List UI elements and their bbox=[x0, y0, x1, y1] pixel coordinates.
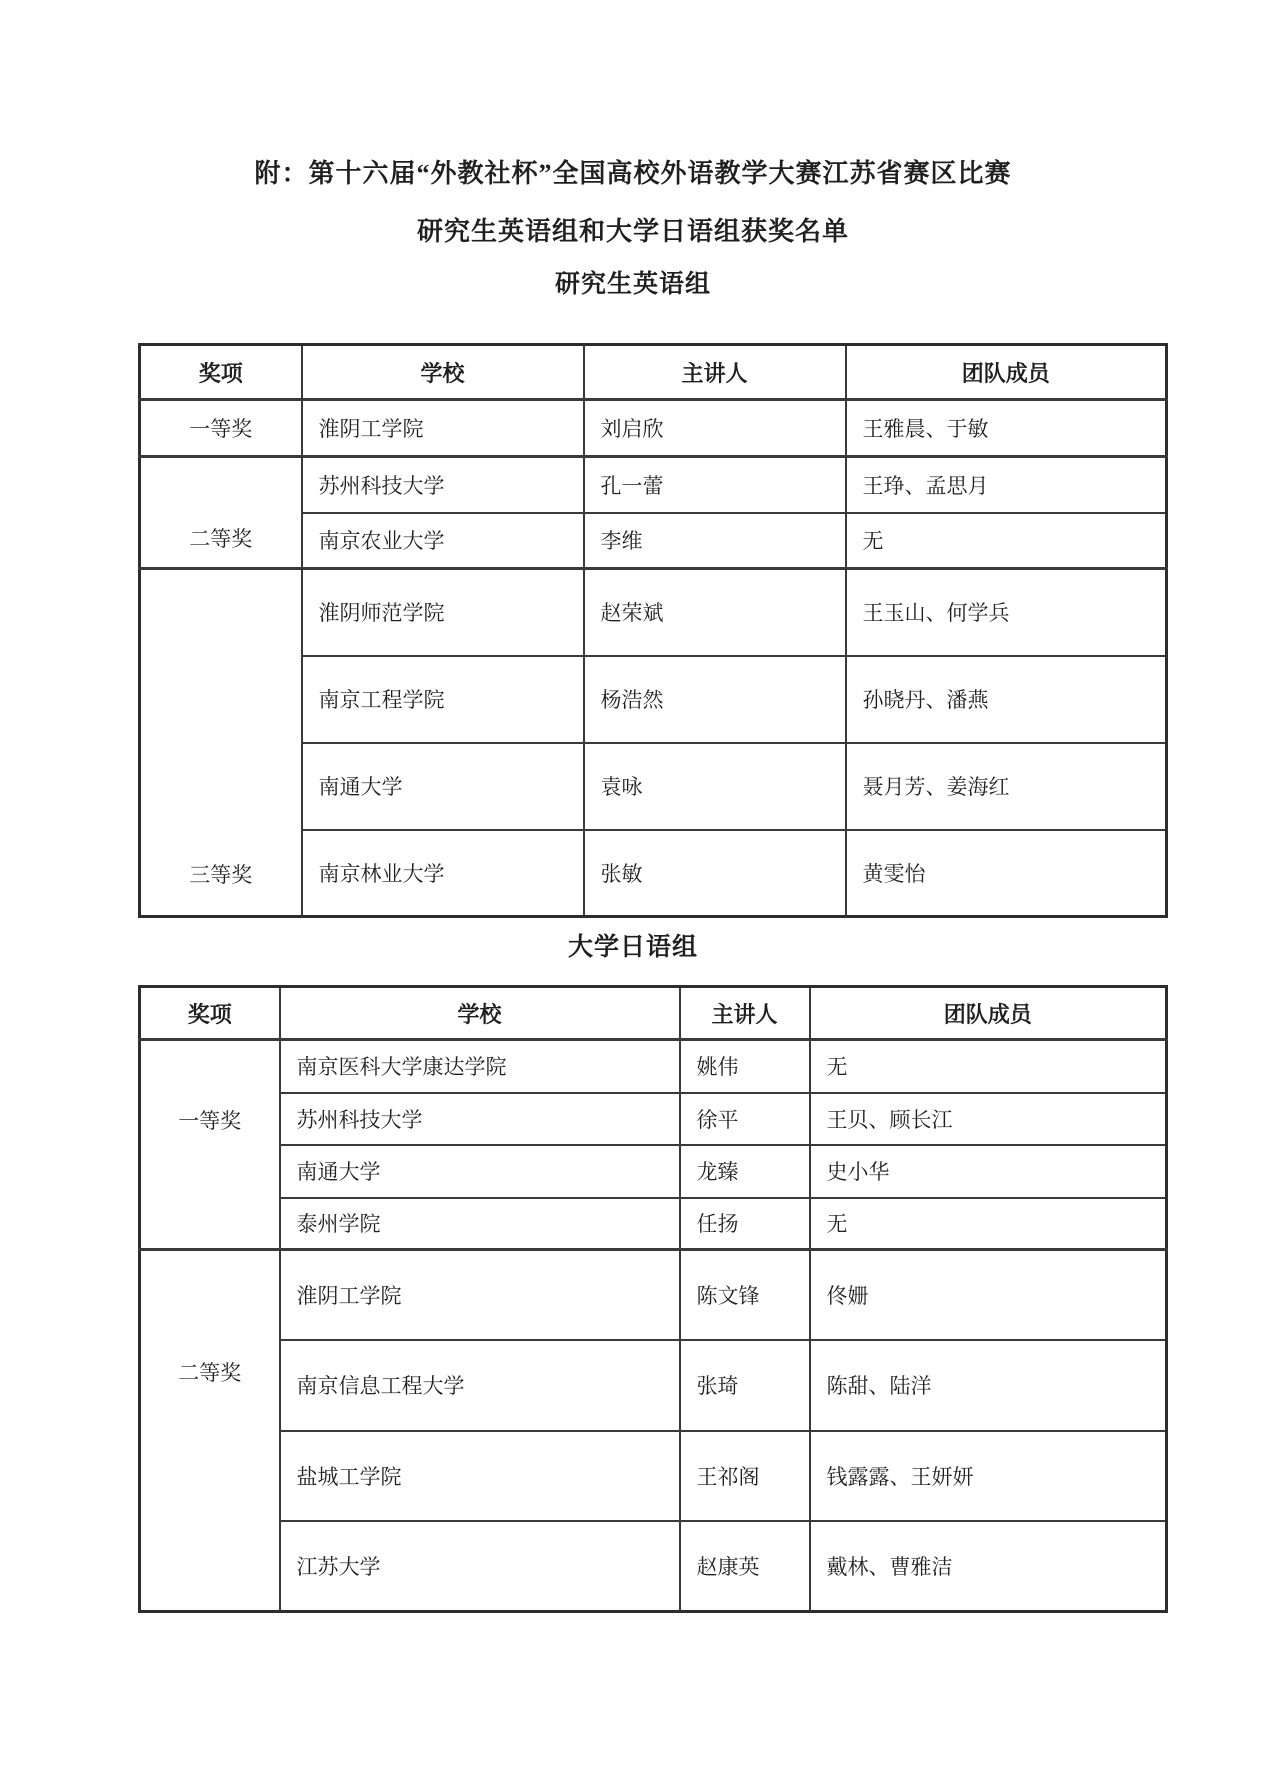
cell-school: 淮阴师范学院 bbox=[302, 569, 584, 656]
cell-speaker: 陈文锋 bbox=[680, 1250, 810, 1340]
cell-speaker: 杨浩然 bbox=[584, 656, 846, 743]
cell-school: 南京工程学院 bbox=[302, 656, 584, 743]
cell-team: 黄雯怡 bbox=[846, 830, 1167, 917]
document-title-line1: 附：第十六届“外教社杯”全国高校外语教学大赛江苏省赛区比赛 bbox=[0, 0, 1266, 192]
cell-team: 聂月芳、姜海红 bbox=[846, 743, 1167, 830]
cell-speaker: 徐平 bbox=[680, 1093, 810, 1145]
cell-speaker: 刘启欣 bbox=[584, 400, 846, 457]
cell-team: 无 bbox=[846, 513, 1167, 569]
cell-team: 王玉山、何学兵 bbox=[846, 569, 1167, 656]
table-row: 苏州科技大学 徐平 王贝、顾长江 bbox=[140, 1093, 1167, 1145]
awards-table-graduate-english: 奖项 学校 主讲人 团队成员 一等奖 淮阴工学院 刘启欣 王雅晨、于敏 二等奖 … bbox=[138, 343, 1168, 918]
table-header-row: 奖项 学校 主讲人 团队成员 bbox=[140, 345, 1167, 400]
table-row: 南京信息工程大学 张琦 陈甜、陆洋 bbox=[140, 1340, 1167, 1431]
award-label-second: 二等奖 bbox=[140, 457, 302, 569]
cell-school: 南通大学 bbox=[302, 743, 584, 830]
column-header-award: 奖项 bbox=[140, 345, 302, 400]
cell-school: 南京信息工程大学 bbox=[280, 1340, 680, 1431]
cell-school: 淮阴工学院 bbox=[280, 1250, 680, 1340]
cell-team: 钱露露、王妍妍 bbox=[810, 1431, 1167, 1521]
cell-speaker: 张敏 bbox=[584, 830, 846, 917]
cell-team: 佟姗 bbox=[810, 1250, 1167, 1340]
cell-school: 苏州科技大学 bbox=[280, 1093, 680, 1145]
table-row: 一等奖 淮阴工学院 刘启欣 王雅晨、于敏 bbox=[140, 400, 1167, 457]
table-row: 南通大学 龙臻 史小华 bbox=[140, 1145, 1167, 1198]
cell-team: 孙晓丹、潘燕 bbox=[846, 656, 1167, 743]
cell-speaker: 张琦 bbox=[680, 1340, 810, 1431]
award-label-first: 一等奖 bbox=[140, 400, 302, 457]
cell-speaker: 任扬 bbox=[680, 1198, 810, 1250]
cell-school: 盐城工学院 bbox=[280, 1431, 680, 1521]
cell-speaker: 袁咏 bbox=[584, 743, 846, 830]
cell-school: 南京林业大学 bbox=[302, 830, 584, 917]
table-row: 泰州学院 任扬 无 bbox=[140, 1198, 1167, 1250]
award-label-second: 二等奖 bbox=[140, 1250, 280, 1612]
table-row: 江苏大学 赵康英 戴林、曹雅洁 bbox=[140, 1521, 1167, 1612]
cell-speaker: 龙臻 bbox=[680, 1145, 810, 1198]
cell-team: 王雅晨、于敏 bbox=[846, 400, 1167, 457]
column-header-speaker: 主讲人 bbox=[584, 345, 846, 400]
cell-school: 南通大学 bbox=[280, 1145, 680, 1198]
cell-team: 陈甜、陆洋 bbox=[810, 1340, 1167, 1431]
cell-school: 江苏大学 bbox=[280, 1521, 680, 1612]
cell-team: 无 bbox=[810, 1198, 1167, 1250]
cell-speaker: 李维 bbox=[584, 513, 846, 569]
award-label-first: 一等奖 bbox=[140, 1040, 280, 1250]
cell-speaker: 姚伟 bbox=[680, 1040, 810, 1093]
cell-school: 南京医科大学康达学院 bbox=[280, 1040, 680, 1093]
column-header-award: 奖项 bbox=[140, 987, 280, 1040]
cell-school: 淮阴工学院 bbox=[302, 400, 584, 457]
column-header-school: 学校 bbox=[302, 345, 584, 400]
cell-team: 无 bbox=[810, 1040, 1167, 1093]
cell-speaker: 赵荣斌 bbox=[584, 569, 846, 656]
column-header-team: 团队成员 bbox=[846, 345, 1167, 400]
cell-school: 泰州学院 bbox=[280, 1198, 680, 1250]
cell-speaker: 赵康英 bbox=[680, 1521, 810, 1612]
table-row: 一等奖 南京医科大学康达学院 姚伟 无 bbox=[140, 1040, 1167, 1093]
table-row: 二等奖 苏州科技大学 孔一蕾 王琤、孟思月 bbox=[140, 457, 1167, 513]
table-row: 三等奖 淮阴师范学院 赵荣斌 王玉山、何学兵 bbox=[140, 569, 1167, 656]
cell-team: 王琤、孟思月 bbox=[846, 457, 1167, 513]
document-page: 附：第十六届“外教社杯”全国高校外语教学大赛江苏省赛区比赛 研究生英语组和大学日… bbox=[0, 0, 1266, 1790]
cell-speaker: 孔一蕾 bbox=[584, 457, 846, 513]
cell-school: 苏州科技大学 bbox=[302, 457, 584, 513]
cell-team: 王贝、顾长江 bbox=[810, 1093, 1167, 1145]
cell-team: 史小华 bbox=[810, 1145, 1167, 1198]
table-header-row: 奖项 学校 主讲人 团队成员 bbox=[140, 987, 1167, 1040]
column-header-speaker: 主讲人 bbox=[680, 987, 810, 1040]
column-header-team: 团队成员 bbox=[810, 987, 1167, 1040]
column-header-school: 学校 bbox=[280, 987, 680, 1040]
section-heading-graduate-english: 研究生英语组 bbox=[0, 268, 1266, 302]
award-label-third: 三等奖 bbox=[140, 569, 302, 917]
table-row: 二等奖 淮阴工学院 陈文锋 佟姗 bbox=[140, 1250, 1167, 1340]
table-row: 盐城工学院 王祁阁 钱露露、王妍妍 bbox=[140, 1431, 1167, 1521]
cell-speaker: 王祁阁 bbox=[680, 1431, 810, 1521]
cell-team: 戴林、曹雅洁 bbox=[810, 1521, 1167, 1612]
awards-table-college-japanese: 奖项 学校 主讲人 团队成员 一等奖 南京医科大学康达学院 姚伟 无 苏州科技大… bbox=[138, 985, 1168, 1613]
cell-school: 南京农业大学 bbox=[302, 513, 584, 569]
section-heading-college-japanese: 大学日语组 bbox=[0, 931, 1266, 965]
document-title-line2: 研究生英语组和大学日语组获奖名单 bbox=[0, 214, 1266, 250]
